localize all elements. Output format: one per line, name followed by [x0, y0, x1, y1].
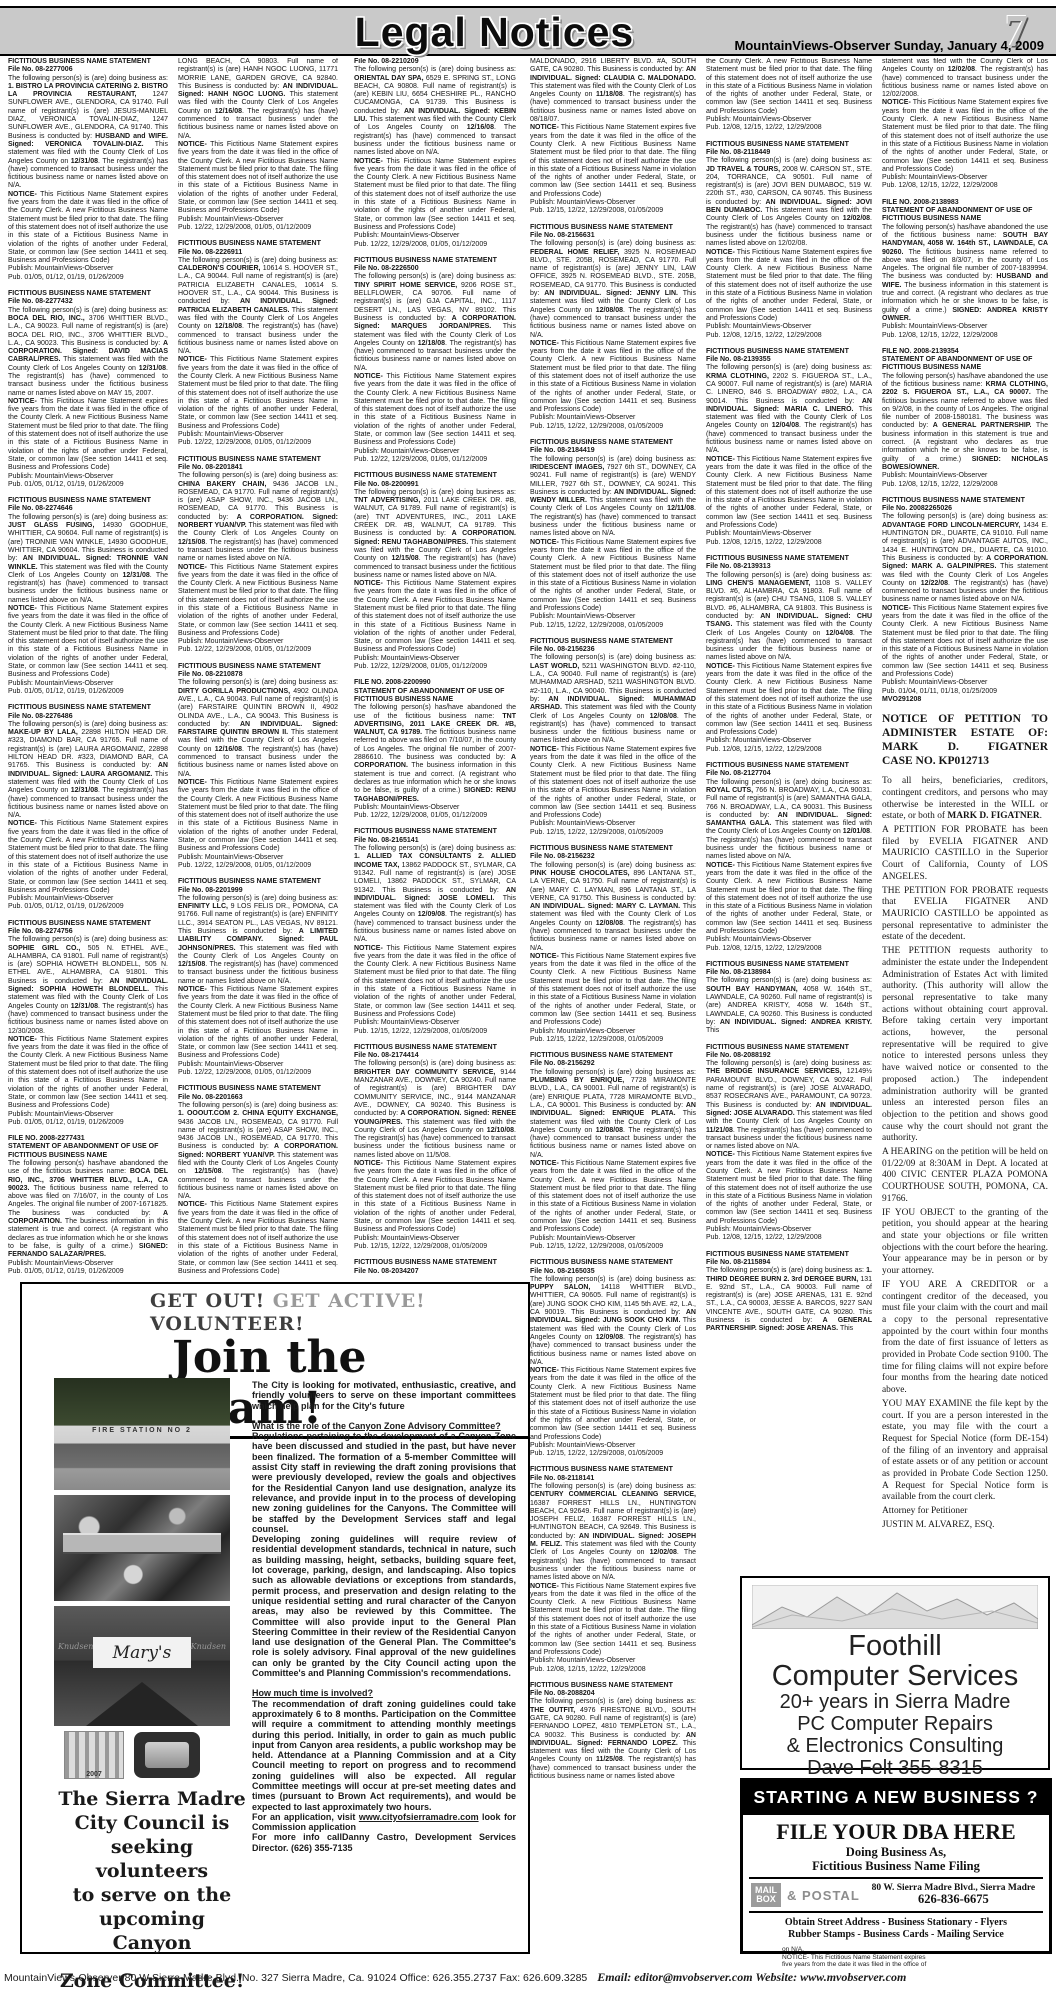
notice-paragraph: The following person(s) is (are) doing b… — [706, 364, 872, 455]
notice-paragraph: Pub. 12/08, 12/15, 12/22, 12/29/2008 — [706, 1234, 872, 1242]
fbns-notice: FICTITIOUS BUSINESS NAME STATEMENTFile N… — [178, 456, 338, 655]
mountains-icon — [752, 1585, 1038, 1629]
dba-subtitle-1: Doing Business As, — [743, 1845, 1049, 1859]
notice-heading: FILE NO. 2008-2200990 — [354, 679, 516, 687]
notice-heading: FICTITIOUS BUSINESS NAME STATEMENT — [706, 348, 872, 356]
notice-paragraph: Pub. 12/08, 12/15, 12/22, 12/29/2008 — [706, 945, 872, 953]
notice-heading: File No. 08-2115894 — [706, 1259, 872, 1267]
notice-paragraph: The following person(s) is (are) doing b… — [530, 1698, 696, 1781]
legal-column-1: FICTITIOUS BUSINESS NAME STATEMENTFile N… — [8, 58, 168, 1274]
notice-paragraph: NOTICE- This Fictitious Name Statement e… — [178, 564, 338, 639]
fbns-notice: FICTITIOUS BUSINESS NAME STATEMENTFile N… — [178, 878, 338, 1077]
abandonment-notice: FILE NO. 2008-2138983STATEMENT OF ABANDO… — [882, 199, 1048, 340]
footer-contact-info: MountainViews-Observer 80 W Sierra Madre… — [4, 1972, 587, 1984]
fbns-notice: FICTITIOUS BUSINESS NAME STATEMENTFile N… — [178, 240, 338, 447]
notice-heading: File No. 20082265026 — [882, 505, 1048, 513]
legal-column-3: File No. 08-2210209The following person(… — [354, 58, 516, 1274]
notice-paragraph: The following person(s) is (are) doing b… — [178, 895, 338, 986]
notice-heading: FICTITIOUS BUSINESS NAME STATEMENT — [8, 58, 168, 66]
notice-paragraph: The following person(s) is (are) doing b… — [354, 273, 516, 373]
notice-paragraph: The following person(s) is (are) doing b… — [8, 936, 168, 1036]
notice-heading: FICTITIOUS BUSINESS NAME STATEMENT — [178, 456, 338, 464]
notice-heading: File No. 08-2226911 — [178, 249, 338, 257]
notice-heading: FICTITIOUS BUSINESS NAME STATEMENT — [706, 141, 872, 149]
notice-paragraph: NOTICE- This Fictitious Name Statement e… — [530, 340, 696, 415]
footer-email-website: Email: editor@mvobserver.com Website: ww… — [597, 1970, 906, 1984]
notice-paragraph: Pub. 12/22, 12/29/2008, 01/05, 01/12/200… — [354, 812, 516, 820]
fire-station-photo: FIRE STATION NO 2 — [54, 1378, 230, 1490]
notice-paragraph: NOTICE- This Fictitious Name Statement e… — [530, 746, 696, 821]
notice-heading: FICTITIOUS BUSINESS NAME STATEMENT — [8, 704, 168, 712]
dba-address-block: 80 W. Sierra Madre Blvd., Sierra Madre 6… — [866, 1883, 1041, 1907]
notice-paragraph: NOTICE- This Fictitious Name Statement e… — [354, 158, 516, 233]
notice-heading: File No. 08-2156232 — [530, 853, 696, 861]
notice-paragraph: NOTICE- This Fictitious Name Statement e… — [354, 1160, 516, 1235]
notice-paragraph: Publish: MountainViews-Observer — [178, 638, 338, 646]
ad-paragraph: The recommendation of draft zoning guide… — [252, 1699, 516, 1812]
fbns-notice: FICTITIOUS BUSINESS NAME STATEMENTFile N… — [8, 290, 168, 489]
notice-heading: FICTITIOUS BUSINESS NAME STATEMENT — [8, 290, 168, 298]
notice-paragraph: The following person(s) is (are) doing b… — [178, 472, 338, 563]
page-footer: MountainViews-Observer 80 W Sierra Madre… — [4, 1970, 1052, 1985]
fbns-notice: FICTITIOUS BUSINESS NAME STATEMENTFile N… — [354, 472, 516, 671]
notice-heading: File No. 08-2174414 — [354, 1052, 516, 1060]
notice-paragraph: Pub. 01/05, 01/12, 01/19, 01/26/2009 — [8, 903, 168, 911]
notice-paragraph: Pub. 12/15, 12/22, 12/29/2008, 01/05/200… — [530, 207, 696, 215]
foothill-service-1: PC Computer Repairs — [742, 1713, 1048, 1735]
notice-paragraph: The following person(s) is (are) doing b… — [8, 75, 168, 191]
notice-heading: File No. 08-2138984 — [706, 969, 872, 977]
fbns-notice: FICTITIOUS BUSINESS NAME STATEMENTFile N… — [530, 1682, 696, 1782]
notice-heading: FICTITIOUS BUSINESS NAME STATEMENT — [178, 1085, 338, 1093]
page-header-band: Legal Notices 7 MountainViews-Observer S… — [0, 6, 1056, 56]
notice-paragraph: Publish: MountainViews-Observer — [706, 530, 872, 538]
ad-heading-time: How much time is involved? — [252, 1688, 516, 1698]
notice-heading: FICTITIOUS BUSINESS NAME STATEMENT — [706, 762, 872, 770]
notice-heading: File No. 08-2165141 — [354, 837, 516, 845]
masthead-dateline: MountainViews-Observer Sunday, January 4… — [735, 38, 1044, 53]
notice-heading: FICTITIOUS BUSINESS NAME STATEMENT — [8, 497, 168, 505]
probate-paragraph: JUSTIN M. ALVAREZ, ESQ. — [882, 1520, 1048, 1530]
notice-paragraph: Publish: MountainViews-Observer — [178, 854, 338, 862]
notice-paragraph: Publish: MountainViews-Observer — [706, 737, 872, 745]
notice-paragraph: Publish: MountainViews-Observer — [8, 1260, 168, 1268]
notice-paragraph: The following person(s) is (are) doing b… — [530, 240, 696, 340]
fbns-notice: FICTITIOUS BUSINESS NAME STATEMENTFile N… — [8, 920, 168, 1127]
foothill-name-1: Foothill — [742, 1631, 1048, 1661]
notice-paragraph: Publish: MountainViews-Observer — [882, 323, 1048, 331]
notice-paragraph: Publish: MountainViews-Observer — [530, 1235, 696, 1243]
probate-paragraph: IF YOU ARE A CREDITOR or a contingent cr… — [882, 1280, 1048, 1397]
notice-paragraph: Publish: MountainViews-Observer — [706, 116, 872, 124]
notice-paragraph: Publish: MountainViews-Observer — [178, 216, 338, 224]
foothill-contact: Dave Felt 355-8315 — [742, 1757, 1048, 1779]
fbns-notice: File No. 08-2210209The following person(… — [354, 58, 516, 249]
notice-paragraph: Pub. 12/22, 12/29/2008, 01/05, 01/12/200… — [178, 862, 338, 870]
notice-paragraph: Pub. 01/05, 01/12, 01/19, 01/26/2009 — [8, 1268, 168, 1274]
legal-column-6: statement was filed with the County Cler… — [882, 58, 1048, 1530]
fbns-notice: FICTITIOUS BUSINESS NAME STATEMENTFile N… — [706, 1251, 872, 1334]
notice-paragraph: Pub. 12/22, 12/29/2008, 01/05, 01/12/200… — [354, 456, 516, 464]
fbns-notice: FICTITIOUS BUSINESS NAME STATEMENTFile N… — [882, 497, 1048, 704]
notice-paragraph: Pub. 12/22, 12/29/2008, 01/05, 01/12/200… — [354, 663, 516, 671]
notice-paragraph: Publish: MountainViews-Observer — [8, 895, 168, 903]
fbns-notice: FICTITIOUS BUSINESS NAME STATEMENTFile N… — [178, 1085, 338, 1274]
notice-heading: FICTITIOUS BUSINESS NAME STATEMENT — [530, 1682, 696, 1690]
notice-paragraph: Publish: MountainViews-Observer — [8, 473, 168, 481]
probate-notice: NOTICE OF PETITION TOADMINISTER ESTATE O… — [882, 712, 1048, 1530]
dba-banner: STARTING A NEW BUSINESS ? — [743, 1781, 1049, 1815]
notice-heading: FICTITIOUS BUSINESS NAME STATEMENT — [706, 1251, 872, 1259]
pitch-line: seeking volunteers — [58, 1835, 246, 1883]
notice-heading: File No. 08-2088192 — [706, 1052, 872, 1060]
fbns-notice: statement was filed with the County Cler… — [882, 58, 1048, 191]
foothill-computer-ad: Foothill Computer Services 20+ years in … — [740, 1576, 1050, 1770]
kicker-get-active: GET ACTIVE! — [273, 1290, 426, 1312]
dba-services-1: Obtain Street Address - Business Station… — [743, 1917, 1049, 1929]
notice-paragraph: Publish: MountainViews-Observer — [354, 1235, 516, 1243]
notice-paragraph: Publish: MountainViews-Observer — [8, 265, 168, 273]
fbns-notice: FICTITIOUS BUSINESS NAME STATEMENTFile N… — [354, 828, 516, 1035]
notice-heading: File No. 08-2201841 — [178, 464, 338, 472]
notice-heading: File No. 08-2226500 — [354, 265, 516, 273]
notice-paragraph: The following person(s) is (are) doing b… — [354, 489, 516, 580]
notice-paragraph: NOTICE- This Fictitious Name Statement e… — [530, 953, 696, 1028]
notice-paragraph: NOTICE- This Fictitious Name Statement e… — [354, 373, 516, 448]
probate-paragraph: A PETITION FOR PROBATE has been filed by… — [882, 825, 1048, 884]
notice-paragraph: The following person(s) has/have abandon… — [882, 224, 1048, 324]
notice-paragraph: Pub. 12/08, 12/15, 12/22, 12/29/2008 — [706, 124, 872, 132]
fragment-line: NOTICE- This Fictitious Name Statement e… — [782, 1954, 1034, 1962]
notice-paragraph: Publish: MountainViews-Observer — [530, 820, 696, 828]
fbns-notice: FICTITIOUS BUSINESS NAME STATEMENTFile N… — [706, 1044, 872, 1243]
notice-paragraph: Pub. 01/04, 01/11, 01/18, 01/25/2009 — [882, 688, 1048, 696]
notice-paragraph: NOTICE- This Fictitious Name Statement e… — [354, 945, 516, 1020]
dba-phone: 626-836-6675 — [918, 1892, 989, 1906]
notice-paragraph: Pub. 12/15, 12/22, 12/29/2008, 01/05/200… — [354, 1028, 516, 1036]
notice-heading: File No. 08-2184419 — [530, 447, 696, 455]
storefront-sign: Mary's — [93, 1637, 192, 1668]
notice-paragraph: statement was filed with the County Cler… — [882, 58, 1048, 99]
notice-heading: FICTITIOUS BUSINESS NAME STATEMENT — [530, 224, 696, 232]
bridge-photo — [54, 1495, 230, 1601]
notice-heading: FICTITIOUS BUSINESS NAME STATEMENT — [8, 920, 168, 928]
probate-paragraph: THE PETITION FOR PROBATE requests that E… — [882, 886, 1048, 945]
notice-paragraph: Publish: MountainViews-Observer — [882, 174, 1048, 182]
notice-heading: FICTITIOUS BUSINESS NAME STATEMENT — [530, 1052, 696, 1060]
notice-paragraph: MALDONADO, 2916 LIBERTY BLVD. #A, SOUTH … — [530, 58, 696, 124]
notice-paragraph: Publish: MountainViews-Observer — [354, 232, 516, 240]
notice-paragraph: NOTICE- This Fictitious Name Statement e… — [178, 986, 338, 1061]
notice-paragraph: Pub. 01/05, 01/12, 01/19, 01/26/2009 — [8, 1119, 168, 1127]
dba-subtitle-2: Fictitious Business Name Filing — [743, 1859, 1049, 1873]
notice-paragraph: MVO291208 — [882, 696, 1048, 704]
notice-paragraph: NOTICE- This Fictitious Name Statement e… — [530, 1583, 696, 1658]
city-award-logo: 2007 — [64, 1731, 124, 1779]
volunteer-ad: GET OUT! GET ACTIVE! VOLUNTEER! Join the… — [20, 1282, 530, 1954]
notice-paragraph: Publish: MountainViews-Observer — [706, 936, 872, 944]
notice-heading: File No. 08-2139355 — [706, 356, 872, 364]
notice-paragraph: The following person(s) has/have abandon… — [882, 373, 1048, 473]
page-title: Legal Notices — [355, 9, 635, 56]
notice-heading: STATEMENT OF ABANDONMENT OF USE OF FICTI… — [882, 207, 1048, 224]
notice-paragraph: The following person(s) is (are) doing b… — [178, 257, 338, 357]
notice-paragraph: Publish: MountainViews-Observer — [706, 323, 872, 331]
notice-paragraph: Publish: MountainViews-Observer — [8, 1111, 168, 1119]
notice-heading: File No. 08-2210209 — [354, 58, 516, 66]
notice-paragraph: Pub. 12/15, 12/22, 12/29/2008, 01/05/200… — [354, 1243, 516, 1251]
fbns-notice: the County Clerk. A new Fictitious Busin… — [706, 58, 872, 133]
fragment-line: on N/A. — [782, 1946, 1034, 1954]
notice-paragraph: Publish: MountainViews-Observer — [530, 613, 696, 621]
notice-heading: File No. 08-2156292 — [530, 1060, 696, 1068]
notice-paragraph: NOTICE- This Fictitious Name Statement e… — [882, 99, 1048, 174]
notice-heading: FILE NO. 2008-2138983 — [882, 199, 1048, 207]
notice-paragraph: The following person(s) is (are) doing b… — [706, 779, 872, 862]
notice-heading: FICTITIOUS BUSINESS NAME STATEMENT — [530, 1259, 696, 1267]
notice-paragraph: NOTICE- This Fictitious Name Statement e… — [178, 141, 338, 216]
pitch-line: to serve on the — [58, 1883, 246, 1907]
notice-paragraph: Pub. 12/08, 12/15, 12/22, 12/29/2008 — [530, 1666, 696, 1674]
notice-heading: File No. 08-2200991 — [354, 481, 516, 489]
abandonment-notice: FILE NO. 2008-2277431STATEMENT OF ABANDO… — [8, 1135, 168, 1274]
notice-heading: STATEMENT OF ABANDONMENT OF USE OF FICTI… — [882, 356, 1048, 373]
probate-paragraph: Attorney for Petitioner — [882, 1506, 1048, 1518]
foothill-tagline: 20+ years in Sierra Madre — [742, 1691, 1048, 1713]
notice-paragraph: NOTICE- This Fictitious Name Statement e… — [8, 605, 168, 680]
notice-paragraph: The following person(s) has/have abandon… — [354, 704, 516, 804]
notice-heading: FICTITIOUS BUSINESS NAME STATEMENT — [530, 638, 696, 646]
legal-column-2: LONG BEACH, CA 90803. Full name of regis… — [178, 58, 338, 1274]
notice-paragraph: Pub. 12/22, 12/29/2008, 01/05, 01/12/200… — [178, 1069, 338, 1077]
foothill-service-2: & Electronics Consulting — [742, 1735, 1048, 1757]
notice-paragraph: NOTICE- This Fictitious Name Statement e… — [178, 1201, 338, 1274]
notice-paragraph: Publish: MountainViews-Observer — [530, 414, 696, 422]
postal-logo-text: & POSTAL — [787, 1888, 860, 1903]
notice-heading: File No. 08-2276486 — [8, 713, 168, 721]
notice-paragraph: Publish: MountainViews-Observer — [706, 1226, 872, 1234]
fbns-notice: FICTITIOUS BUSINESS NAME STATEMENTFile N… — [530, 1052, 696, 1251]
notice-paragraph: The following person(s) has/have abandon… — [8, 1160, 168, 1260]
notice-paragraph: The following person(s) is (are) doing b… — [530, 862, 696, 953]
notice-paragraph: Pub. 12/08, 12/15, 12/22, 12/29/2008 — [706, 332, 872, 340]
legal-column-4: MALDONADO, 2916 LIBERTY BLVD. #A, SOUTH … — [530, 58, 696, 1954]
kicker-get-out: GET OUT! — [150, 1290, 265, 1312]
notice-heading: FICTITIOUS BUSINESS NAME STATEMENT — [178, 663, 338, 671]
notice-heading: FILE NO. 2008-2277431 — [8, 1135, 168, 1143]
notice-heading: File No. 08-2274756 — [8, 928, 168, 936]
ad-application-line: For an application, visit www.cityofsier… — [252, 1812, 516, 1833]
notice-heading: File No. 08-2118449 — [706, 149, 872, 157]
notice-heading: File No. 08-2277006 — [8, 66, 168, 74]
notice-paragraph: Pub. 12/22, 12/29/2008, 01/05, 01/12/200… — [178, 439, 338, 447]
notice-paragraph: The following person(s) is (are) doing b… — [354, 66, 516, 157]
notice-paragraph: The following person(s) is (are) doing b… — [8, 721, 168, 821]
notice-paragraph: The following person(s) is (are) doing b… — [882, 513, 1048, 604]
notice-paragraph: Publish: MountainViews-Observer — [354, 448, 516, 456]
fbns-notice: FICTITIOUS BUSINESS NAME STATEMENTFile N… — [178, 663, 338, 870]
dba-services-2: Rubber Stamps - Business Cards - Mailing… — [743, 1929, 1049, 1941]
notice-paragraph: Publish: MountainViews-Observer — [8, 680, 168, 688]
fire-station-caption: FIRE STATION NO 2 — [54, 1427, 230, 1434]
probate-paragraph: IF YOU OBJECT to the granting of the pet… — [882, 1208, 1048, 1278]
notice-paragraph: The following person(s) is (are) doing b… — [706, 977, 872, 1035]
notice-heading: File No. 08-2156631 — [530, 232, 696, 240]
notice-paragraph: NOTICE- This Fictitious Name Statement e… — [530, 539, 696, 614]
probate-paragraph: THE PETITION requests authority to admin… — [882, 946, 1048, 1145]
notice-fragment: on N/A.NOTICE- This Fictitious Name Stat… — [782, 1946, 1034, 1969]
notice-paragraph: NOTICE- This Fictitious Name Statement e… — [706, 663, 872, 738]
notice-heading: FICTITIOUS BUSINESS NAME STATEMENT — [530, 845, 696, 853]
foothill-name-2: Computer Services — [742, 1661, 1048, 1691]
fbns-notice: FICTITIOUS BUSINESS NAME STATEMENTFile N… — [706, 555, 872, 754]
notice-paragraph: NOTICE- This Fictitious Name Statement e… — [706, 249, 872, 324]
notice-paragraph: The following person(s) is (are) doing b… — [706, 157, 872, 248]
notice-heading: File No. 08-2277432 — [8, 298, 168, 306]
fragment-line: five years from the date it was filed in… — [782, 1961, 1034, 1969]
ad-paragraph: The City is looking for motivated, enthu… — [252, 1380, 516, 1411]
notice-paragraph: the County Clerk. A new Fictitious Busin… — [706, 58, 872, 116]
fbns-notice: FICTITIOUS BUSINESS NAME STATEMENTFile N… — [530, 1259, 696, 1458]
pitch-line: City Council is — [58, 1811, 246, 1835]
fbns-notice: FICTITIOUS BUSINESS NAME STATEMENTFile N… — [354, 1259, 516, 1274]
notice-paragraph: Publish: MountainViews-Observer — [354, 1019, 516, 1027]
volunteer-ad-kicker: GET OUT! GET ACTIVE! VOLUNTEER! — [150, 1290, 426, 1335]
notice-paragraph: Publish: MountainViews-Observer — [178, 1061, 338, 1069]
notice-paragraph: NOTICE- This Fictitious Name Statement e… — [8, 820, 168, 895]
notice-heading: FICTITIOUS BUSINESS NAME STATEMENT — [354, 1044, 516, 1052]
notice-heading: FICTITIOUS BUSINESS NAME STATEMENT — [178, 878, 338, 886]
fbns-notice: FICTITIOUS BUSINESS NAME STATEMENTFile N… — [354, 1044, 516, 1251]
probate-title-line: MARK D. FIGATNER — [882, 740, 1048, 754]
probate-paragraph: A HEARING on the petition will be held o… — [882, 1147, 1048, 1206]
legal-column-5: the County Clerk. A new Fictitious Busin… — [706, 58, 872, 1570]
notice-paragraph: NOTICE- This Fictitious Name Statement e… — [178, 779, 338, 854]
fbns-notice: MALDONADO, 2916 LIBERTY BLVD. #A, SOUTH … — [530, 58, 696, 216]
probate-title-line: CASE NO. KP012713 — [882, 754, 1048, 768]
fbns-notice: FICTITIOUS BUSINESS NAME STATEMENTFile N… — [530, 224, 696, 431]
notice-paragraph: NOTICE- This Fictitious Name Statement e… — [706, 862, 872, 937]
notice-paragraph: Publish: MountainViews-Observer — [354, 804, 516, 812]
notice-heading: FICTITIOUS BUSINESS NAME STATEMENT — [706, 555, 872, 563]
notice-heading: FICTITIOUS BUSINESS NAME STATEMENT — [530, 439, 696, 447]
notice-paragraph: Pub. 12/08, 12/15, 12/22, 12/29/2008 — [882, 332, 1048, 340]
notice-paragraph: The following person(s) is (are) doing b… — [530, 654, 696, 745]
notice-paragraph: The following person(s) is (are) doing b… — [178, 679, 338, 779]
fbns-notice: FICTITIOUS BUSINESS NAME STATEMENTFile N… — [706, 141, 872, 340]
fbns-notice: FICTITIOUS BUSINESS NAME STATEMENTFile N… — [530, 1466, 696, 1673]
probate-paragraph: YOU MAY EXAMINE the file kept by the cou… — [882, 1399, 1048, 1504]
notice-heading: File No. 08-2210878 — [178, 671, 338, 679]
notice-paragraph: Pub. 12/08, 12/15, 12/22, 12/29/2008 — [706, 746, 872, 754]
notice-paragraph: The following person(s) is (are) doing b… — [706, 572, 872, 663]
mailbox-logo: MAILBOX — [751, 1883, 781, 1907]
notice-paragraph: Pub. 01/05, 01/12, 01/19, 01/26/2009 — [8, 688, 168, 696]
notice-paragraph: NOTICE- This Fictitious Name Statement e… — [8, 398, 168, 473]
notice-paragraph: Publish: MountainViews-Observer — [530, 1442, 696, 1450]
fbns-notice: FICTITIOUS BUSINESS NAME STATEMENTFile N… — [8, 497, 168, 696]
fbns-notice: FICTITIOUS BUSINESS NAME STATEMENTFile N… — [530, 638, 696, 837]
fbns-notice: FICTITIOUS BUSINESS NAME STATEMENTFile N… — [8, 58, 168, 282]
notice-paragraph: Publish: MountainViews-Observer — [530, 199, 696, 207]
volunteer-ad-body: The City is looking for motivated, enthu… — [252, 1380, 516, 1853]
notice-paragraph: NOTICE- This Fictitious Name Statement e… — [530, 1160, 696, 1235]
pitch-line: upcoming Canyon — [58, 1907, 246, 1955]
notice-paragraph: The following person(s) is (are) doing b… — [354, 1060, 516, 1160]
notice-paragraph: NOTICE- This Fictitious Name Statement e… — [706, 1151, 872, 1226]
ad-heading-role: What is the role of the Canyon Zone Advi… — [252, 1421, 516, 1431]
notice-paragraph: Pub. 12/22, 12/29/2008, 01/05, 01/12/200… — [178, 646, 338, 654]
notice-paragraph: The following person(s) is (are) doing b… — [8, 307, 168, 398]
storefront-side-label: Knudsen — [58, 1642, 93, 1651]
city-seal-logo — [134, 1732, 200, 1778]
notice-heading: File No. 08-2139313 — [706, 563, 872, 571]
notice-paragraph: Publish: MountainViews-Observer — [178, 431, 338, 439]
notice-paragraph: Publish: MountainViews-Observer — [882, 472, 1048, 480]
notice-heading: File No. 08-2088204 — [530, 1690, 696, 1698]
notice-paragraph: Pub. 12/08, 12/15, 12/22, 12/29/2008 — [706, 539, 872, 547]
notice-paragraph: NOTICE- This Fictitious Name Statement e… — [530, 1367, 696, 1442]
fbns-notice: FICTITIOUS BUSINESS NAME STATEMENTFile N… — [706, 348, 872, 547]
notice-paragraph: Pub. 12/22, 12/29/2008, 01/05, 01/12/200… — [178, 224, 338, 232]
fbns-notice: FICTITIOUS BUSINESS NAME STATEMENTFile N… — [706, 961, 872, 1036]
dba-filing-ad: STARTING A NEW BUSINESS ? FILE YOUR DBA … — [740, 1778, 1052, 1954]
notice-heading: File No. 08-2165035 — [530, 1268, 696, 1276]
abandonment-notice: FILE NO. 2008-2139354STATEMENT OF ABANDO… — [882, 348, 1048, 489]
fbns-notice: FICTITIOUS BUSINESS NAME STATEMENTFile N… — [706, 762, 872, 953]
notice-paragraph: Pub. 12/15, 12/22, 12/29/2008, 01/05/200… — [530, 622, 696, 630]
notice-heading: File No. 08-2201999 — [178, 887, 338, 895]
storefront-side-label-2: Knudsen — [191, 1642, 226, 1651]
newspaper-page: Legal Notices 7 MountainViews-Observer S… — [0, 0, 1056, 1990]
volunteer-ad-photos: FIRE STATION NO 2 Knudsen Mary's Knudsen… — [54, 1378, 230, 1990]
notice-paragraph: The following person(s) is (are) doing b… — [706, 1267, 872, 1333]
fbns-notice: FICTITIOUS BUSINESS NAME STATEMENTFile N… — [530, 845, 696, 1044]
ad-contact-line: For more info callDanny Castro, Developm… — [252, 1832, 516, 1853]
notice-heading: File No. 08-2274646 — [8, 505, 168, 513]
ad-paragraph: Regulations pertaining to the developmen… — [252, 1431, 516, 1534]
probate-title-line: NOTICE OF PETITION TO — [882, 712, 1048, 726]
notice-heading: FICTITIOUS BUSINESS NAME STATEMENT — [354, 472, 516, 480]
probate-paragraph: To all heirs, beneficiaries, creditors, … — [882, 776, 1048, 823]
notice-heading: File No. 08-2201663 — [178, 1094, 338, 1102]
notice-heading: File No. 08-2127704 — [706, 770, 872, 778]
notice-heading: FICTITIOUS BUSINESS NAME STATEMENT — [882, 497, 1048, 505]
notice-paragraph: The following person(s) is (are) doing b… — [178, 1102, 338, 1202]
notice-paragraph: Publish: MountainViews-Observer — [530, 1657, 696, 1665]
notice-paragraph: Pub. 12/08, 12/15, 12/22, 12/29/2008 — [882, 182, 1048, 190]
ad-paragraph: Developing zoning guidelines will requir… — [252, 1534, 516, 1678]
notice-paragraph: The following person(s) is (are) doing b… — [530, 456, 696, 539]
notice-paragraph: Pub. 12/15, 12/22, 12/29/2008, 01/05/200… — [530, 829, 696, 837]
notice-paragraph: NOTICE- This Fictitious Name Statement e… — [706, 456, 872, 531]
notice-paragraph: NOTICE- This Fictitious Name Statement e… — [8, 1036, 168, 1111]
notice-paragraph: Pub. 01/05, 01/12, 01/19, 01/26/2009 — [8, 481, 168, 489]
notice-heading: FICTITIOUS BUSINESS NAME STATEMENT — [354, 1259, 516, 1267]
notice-paragraph: Pub. 01/05, 01/12, 01/19, 01/26/2009 — [8, 274, 168, 282]
notice-heading: FICTITIOUS BUSINESS NAME STATEMENT — [354, 257, 516, 265]
notice-paragraph: Publish: MountainViews-Observer — [530, 1028, 696, 1036]
fbns-notice: FICTITIOUS BUSINESS NAME STATEMENTFile N… — [354, 257, 516, 464]
notice-paragraph: NOTICE- This Fictitious Name Statement e… — [530, 124, 696, 199]
notice-paragraph: The following person(s) is (are) doing b… — [8, 514, 168, 605]
notice-heading: FICTITIOUS BUSINESS NAME STATEMENT — [706, 1044, 872, 1052]
notice-paragraph: NOTICE- This Fictitious Name Statement e… — [882, 605, 1048, 680]
pitch-line: The Sierra Madre — [58, 1787, 246, 1811]
notice-heading: File No. 08-2118141 — [530, 1475, 696, 1483]
notice-paragraph: The following person(s) is (are) doing b… — [530, 1276, 696, 1367]
probate-title-line: ADMINISTER ESTATE OF: — [882, 726, 1048, 740]
